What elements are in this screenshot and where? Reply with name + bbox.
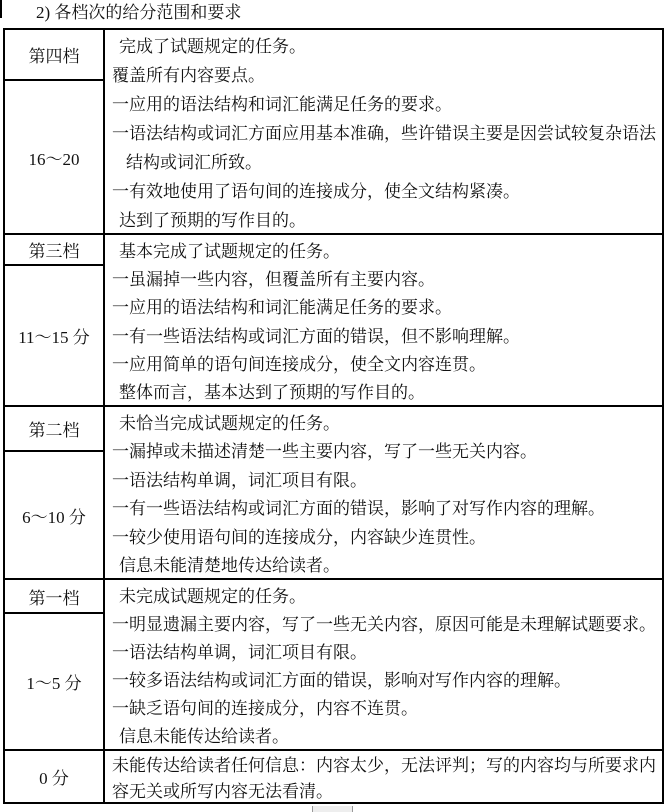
score-range: 11～15 分 (5, 266, 103, 405)
criteria-line: 一有一些语法结构或词汇方面的错误，影响了对写作内容的理解。 (105, 493, 662, 522)
criteria-line: 未完成试题规定的任务。 (105, 580, 662, 608)
band-column: 第二档 6～10 分 (5, 407, 105, 578)
criteria-line: 未能传达给读者任何信息：内容太少，无法评判；写的内容均与所要求内 (105, 751, 662, 777)
criteria-cell: 未完成试题规定的任务。 一明显遗漏主要内容，写了一些无关内容，原因可能是未理解试… (105, 580, 662, 749)
criteria-line: 一应用的语法结构和词汇能满足任务的要求。 (105, 292, 662, 320)
score-range: 6～10 分 (5, 452, 103, 578)
criteria-line: 一语法结构或词汇方面应用基本准确，些许错误主要是因尝试较复杂语法 (105, 117, 662, 146)
criteria-cell: 完成了试题规定的任务。 覆盖所有内容要点。 一应用的语法结构和词汇能满足任务的要… (105, 30, 662, 233)
criteria-line: 未恰当完成试题规定的任务。 (105, 407, 662, 436)
grade-label: 第三档 (5, 235, 103, 266)
rubric-table: 第四档 16～20 完成了试题规定的任务。 覆盖所有内容要点。 一应用的语法结构… (3, 28, 664, 804)
document-page: 2) 各档次的给分范围和要求 第四档 16～20 完成了试题规定的任务。 覆盖所… (0, 0, 669, 812)
criteria-line: 结构或词汇所致。 (105, 146, 662, 175)
criteria-cell: 基本完成了试题规定的任务。 一虽漏掉一些内容，但覆盖所有主要内容。 一应用的语法… (105, 235, 662, 405)
band-column: 第四档 16～20 (5, 30, 105, 233)
criteria-cell: 未恰当完成试题规定的任务。 一漏掉或未描述清楚一些主要内容，写了一些无关内容。 … (105, 407, 662, 578)
score-range: 1～5 分 (5, 614, 103, 749)
criteria-line: 一明显遗漏主要内容，写了一些无关内容，原因可能是未理解试题要求。 (105, 608, 662, 636)
table-edge-fragment (0, 0, 2, 18)
criteria-line: 完成了试题规定的任务。 (105, 30, 662, 59)
table-row: 第四档 16～20 完成了试题规定的任务。 覆盖所有内容要点。 一应用的语法结构… (5, 30, 662, 233)
criteria-line: 一语法结构单调，词汇项目有限。 (105, 464, 662, 493)
criteria-line: 信息未能清楚地传达给读者。 (105, 550, 662, 579)
grade-label: 第一档 (5, 580, 103, 614)
criteria-line: 一较少使用语句间的连接成分，内容缺少连贯性。 (105, 521, 662, 550)
criteria-line: 一缺乏语句间的连接成分，内容不连贯。 (105, 693, 662, 721)
criteria-line: 一虽漏掉一些内容，但覆盖所有主要内容。 (105, 263, 662, 291)
band-column: 第一档 1～5 分 (5, 580, 105, 749)
table-row: 0 分 未能传达给读者任何信息：内容太少，无法评判；写的内容均与所要求内 容无关… (5, 749, 662, 802)
criteria-line: 信息未能传达给读者。 (105, 721, 662, 749)
criteria-line: 一有效地使用了语句间的连接成分，使全文结构紧凑。 (105, 175, 662, 204)
criteria-line: 整体而言，基本达到了预期的写作目的。 (105, 377, 662, 405)
score-range: 16～20 (5, 81, 103, 233)
criteria-line: 一有一些语法结构或词汇方面的错误，但不影响理解。 (105, 320, 662, 348)
grade-label: 第四档 (5, 30, 103, 81)
grade-label: 第二档 (5, 407, 103, 452)
criteria-line: 基本完成了试题规定的任务。 (105, 235, 662, 263)
criteria-line: 一语法结构单调，词汇项目有限。 (105, 636, 662, 664)
criteria-line: 覆盖所有内容要点。 (105, 59, 662, 88)
criteria-line: 达到了预期的写作目的。 (105, 204, 662, 233)
band-column: 第三档 11～15 分 (5, 235, 105, 405)
criteria-cell: 未能传达给读者任何信息：内容太少，无法评判；写的内容均与所要求内 容无关或所写内… (105, 751, 662, 802)
table-row: 第三档 11～15 分 基本完成了试题规定的任务。 一虽漏掉一些内容，但覆盖所有… (5, 233, 662, 405)
partial-next-element-fragment (312, 806, 353, 812)
table-row: 第二档 6～10 分 未恰当完成试题规定的任务。 一漏掉或未描述清楚一些主要内容… (5, 405, 662, 578)
criteria-line: 一应用简单的语句间连接成分，使全文内容连贯。 (105, 348, 662, 376)
criteria-line: 容无关或所写内容无法看清。 (105, 777, 662, 803)
criteria-line: 一应用的语法结构和词汇能满足任务的要求。 (105, 88, 662, 117)
band-column: 0 分 (5, 751, 105, 802)
score-range: 0 分 (5, 751, 103, 802)
criteria-line: 一较多语法结构或词汇方面的错误，影响对写作内容的理解。 (105, 665, 662, 693)
table-row: 第一档 1～5 分 未完成试题规定的任务。 一明显遗漏主要内容，写了一些无关内容… (5, 578, 662, 749)
page-title: 2) 各档次的给分范围和要求 (36, 2, 241, 24)
criteria-line: 一漏掉或未描述清楚一些主要内容，写了一些无关内容。 (105, 436, 662, 465)
